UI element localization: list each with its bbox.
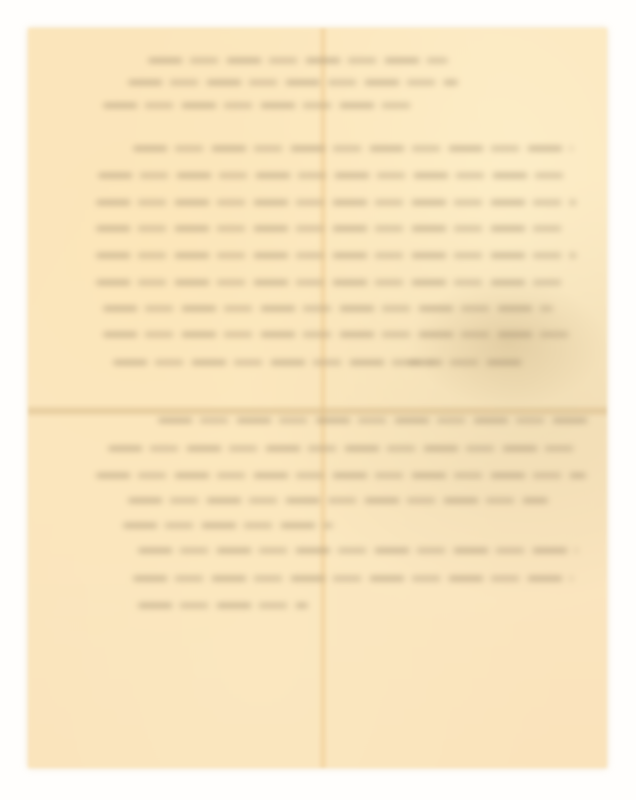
handwriting-line [96, 253, 576, 258]
letter-page [28, 28, 607, 768]
handwriting-line [96, 200, 576, 205]
handwriting-line [103, 306, 553, 311]
handwriting-line [148, 58, 448, 63]
handwriting-line [123, 523, 333, 528]
handwriting-line [96, 280, 566, 285]
handwriting-line [128, 80, 458, 85]
handwriting-line [103, 332, 573, 337]
handwriting-line [138, 603, 308, 608]
handwriting-line [128, 498, 548, 503]
handwriting-line [103, 103, 413, 108]
handwriting-line [133, 576, 573, 581]
handwritten-text [28, 28, 607, 768]
handwriting-line [108, 446, 578, 451]
handwriting-line [133, 146, 573, 151]
handwriting-line [113, 360, 433, 365]
handwriting-line [408, 360, 528, 365]
handwriting-line [98, 173, 568, 178]
handwriting-line [96, 226, 566, 231]
handwriting-line [158, 418, 588, 423]
document-viewer [0, 0, 636, 800]
handwriting-line [96, 473, 586, 478]
handwriting-line [138, 548, 578, 553]
